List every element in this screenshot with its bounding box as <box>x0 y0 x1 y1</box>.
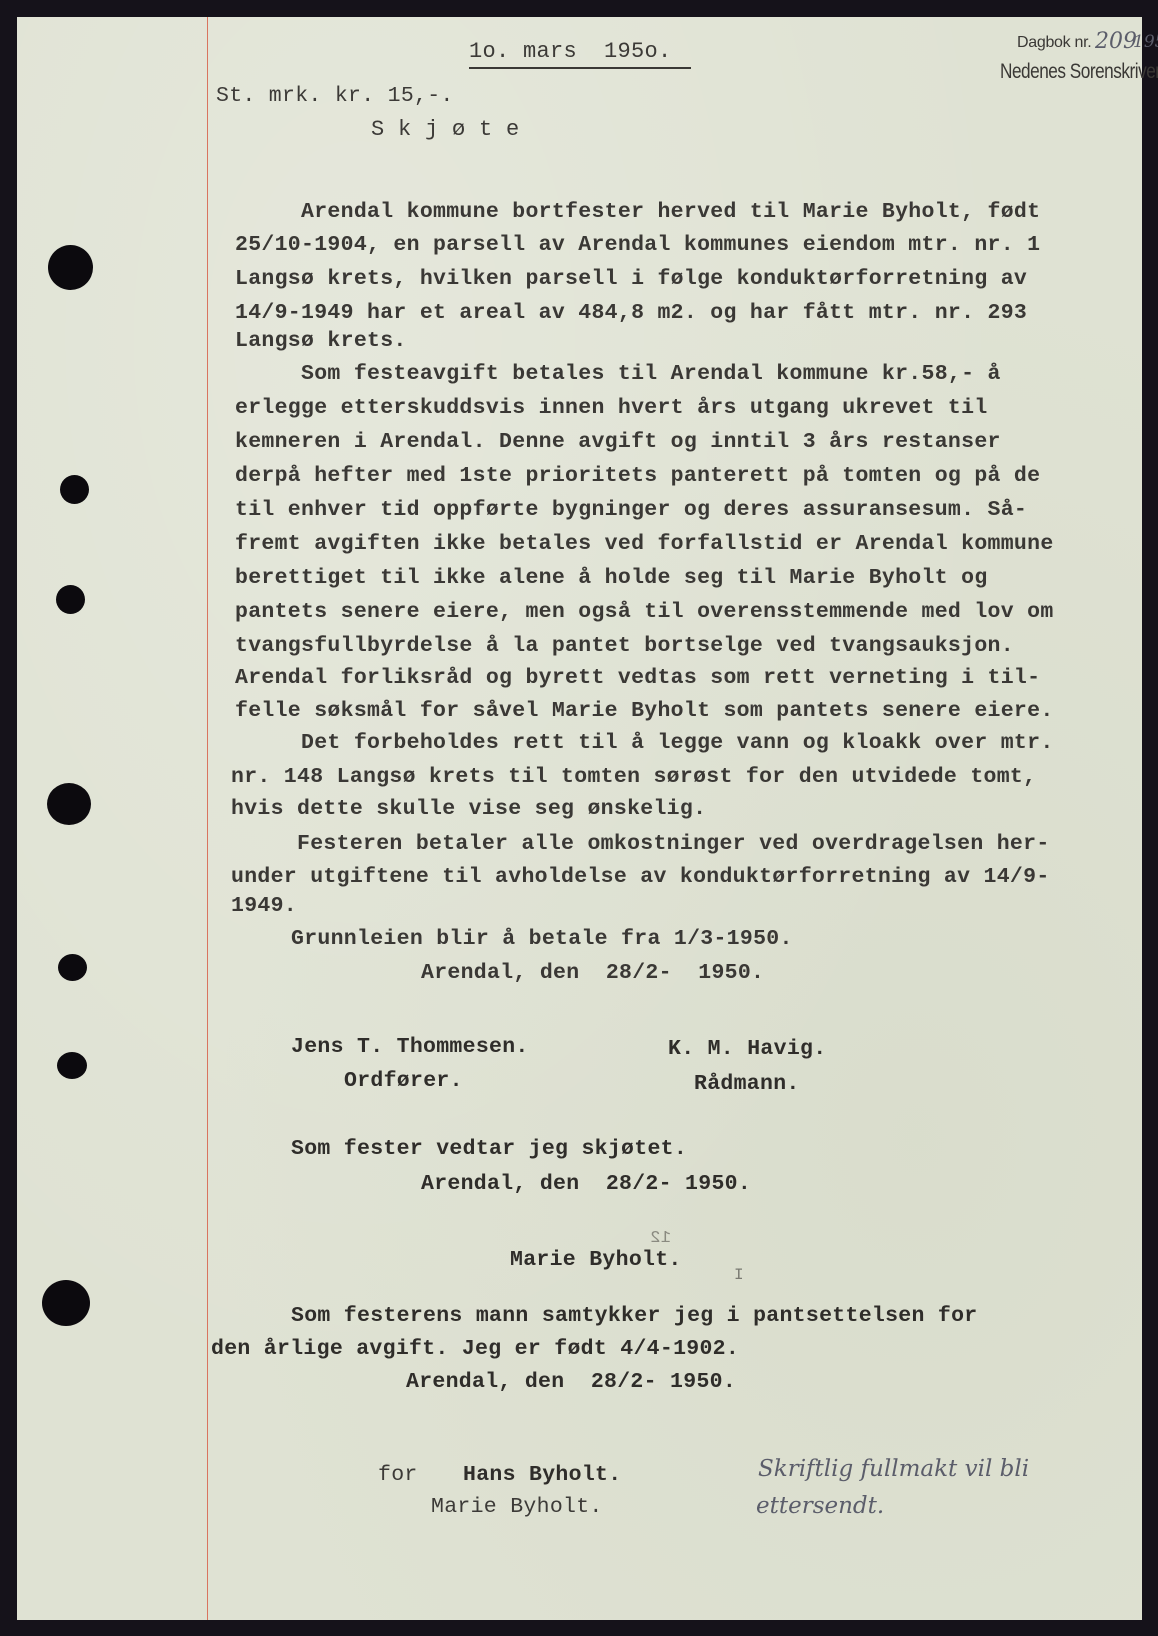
body-line: berettiget til ikke alene å holde seg ti… <box>235 568 988 590</box>
journal-year: 1950. <box>1133 34 1158 51</box>
document-title: S k j ø t e <box>371 119 520 141</box>
proxy-signer: Marie Byholt. <box>431 1497 603 1519</box>
body-line: Langsø krets. <box>235 331 407 353</box>
body-line: Arendal forliksråd og byrett vedtas som … <box>235 668 1040 690</box>
body-line: Arendal kommune bortfester herved til Ma… <box>235 202 1040 224</box>
stray-number: 12 <box>650 1230 671 1247</box>
mayor-name: Jens T. Thommesen. <box>291 1037 529 1059</box>
husband-consent-line: Som festerens mann samtykker jeg i pants… <box>291 1306 978 1328</box>
body-line: pantets senere eiere, men også til overe… <box>235 602 1054 624</box>
journal-number: 209 <box>1095 31 1137 53</box>
punch-hole <box>60 475 89 504</box>
lessee-name: Marie Byholt. <box>510 1250 682 1272</box>
margin-line <box>207 17 208 1620</box>
manager-name: K. M. Havig. <box>668 1039 826 1061</box>
body-line: fremt avgiften ikke betales ved forfalls… <box>235 534 1054 556</box>
document-page: 1o. mars 195o. Dagbok nr. 209 1950. Nede… <box>17 17 1142 1620</box>
lessee-acceptance: Som fester vedtar jeg skjøtet. <box>291 1139 687 1161</box>
journal-stamp: Dagbok nr. <box>1017 35 1091 51</box>
body-line: Det forbeholdes rett til å legge vann og… <box>235 733 1054 755</box>
document-date: 1o. mars 195o. <box>469 41 672 63</box>
handwritten-note-line: ettersendt. <box>756 1495 884 1518</box>
punch-hole <box>42 1280 90 1326</box>
date-underline <box>469 67 691 69</box>
body-line: nr. 148 Langsø krets til tomten sørøst f… <box>231 767 1036 789</box>
body-line: 14/9-1949 har et areal av 484,8 m2. og h… <box>235 303 1027 325</box>
punch-hole <box>47 783 91 825</box>
body-line: kemneren i Arendal. Denne avgift og innt… <box>235 432 1001 454</box>
place-date-municipality: Arendal, den 28/2- 1950. <box>421 963 764 985</box>
rent-start-line: Grunnleien blir å betale fra 1/3-1950. <box>291 929 793 951</box>
stamp-duty: St. mrk. kr. 15,-. <box>216 86 454 108</box>
body-line: under utgiftene til avholdelse av konduk… <box>231 867 1050 889</box>
husband-name: Hans Byholt. <box>463 1465 621 1487</box>
place-date-husband: Arendal, den 28/2- 1950. <box>406 1372 736 1394</box>
body-line: hvis dette skulle vise seg ønskelig. <box>231 799 706 821</box>
body-line: erlegge etterskuddsvis innen hvert års u… <box>235 398 988 420</box>
body-line: tvangsfullbyrdelse å la pantet bortselge… <box>235 636 1014 658</box>
punch-hole <box>57 1052 87 1079</box>
proxy-for-label: for <box>378 1465 418 1487</box>
body-line: derpå hefter med 1ste prioritets pantere… <box>235 466 1040 488</box>
mayor-title: Ordfører. <box>344 1071 463 1093</box>
body-line: felle søksmål for såvel Marie Byholt som… <box>235 701 1054 723</box>
office-stamp: Nedenes Sorenskriverembede <box>1000 61 1158 82</box>
body-line: 25/10-1904, en parsell av Arendal kommun… <box>235 235 1040 257</box>
punch-hole <box>56 585 85 614</box>
stray-mark: I <box>734 1267 744 1283</box>
husband-consent-line: den årlige avgift. Jeg er født 4/4-1902. <box>211 1339 739 1361</box>
body-line: Langsø krets, hvilken parsell i følge ko… <box>235 269 1027 291</box>
punch-hole <box>48 245 93 290</box>
body-line: til enhver tid oppførte bygninger og der… <box>235 500 1027 522</box>
handwritten-note-line: Skriftlig fullmakt vil bli <box>758 1458 1029 1481</box>
body-line: 1949. <box>231 896 297 918</box>
manager-title: Rådmann. <box>694 1074 800 1096</box>
body-line: Som festeavgift betales til Arendal komm… <box>235 364 1001 386</box>
place-date-lessee: Arendal, den 28/2- 1950. <box>421 1174 751 1196</box>
body-line: Festeren betaler alle omkostninger ved o… <box>231 834 1050 856</box>
punch-hole <box>58 954 87 981</box>
journal-stamp-label: Dagbok nr. <box>1017 34 1091 51</box>
